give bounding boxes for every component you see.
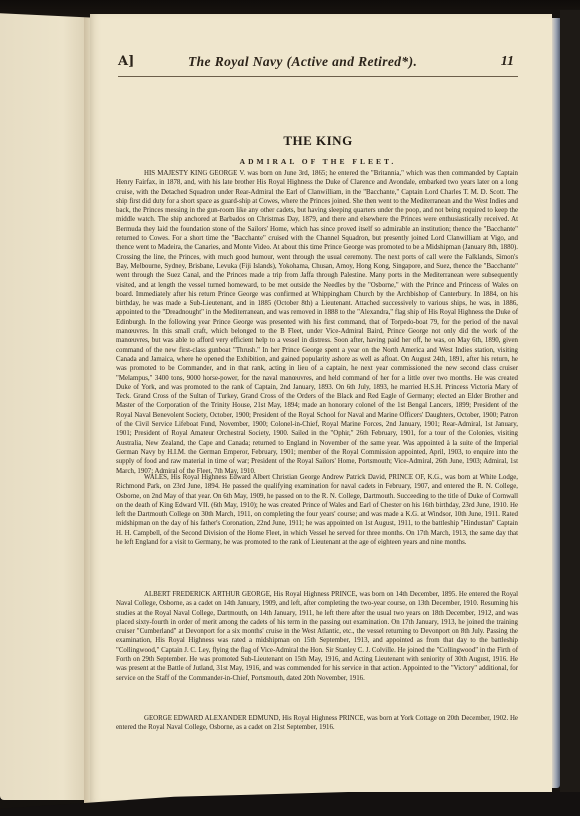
section-subtitle: ADMIRAL OF THE FLEET. — [118, 157, 518, 166]
running-header: A] The Royal Navy (Active and Retired*).… — [118, 54, 518, 77]
left-page — [0, 0, 90, 800]
entry-prince-albert: ALBERT FREDERICK ARTHUR GEORGE, His Roya… — [116, 590, 518, 683]
signature-mark: A] — [118, 54, 134, 69]
page-edge — [552, 18, 560, 788]
page-number: 11 — [501, 54, 514, 70]
entry-king-george-v: HIS MAJESTY KING GEORGE V. was born on J… — [116, 169, 518, 476]
entry-prince-of-wales: WALES, His Royal Highness Edward Albert … — [116, 473, 518, 547]
entry-prince-george: GEORGE EDWARD ALEXANDER EDMUND, His Roya… — [116, 714, 518, 733]
book-cover — [560, 10, 580, 816]
section-title: THE KING — [118, 133, 518, 149]
running-title: The Royal Navy (Active and Retired*). — [188, 54, 417, 70]
